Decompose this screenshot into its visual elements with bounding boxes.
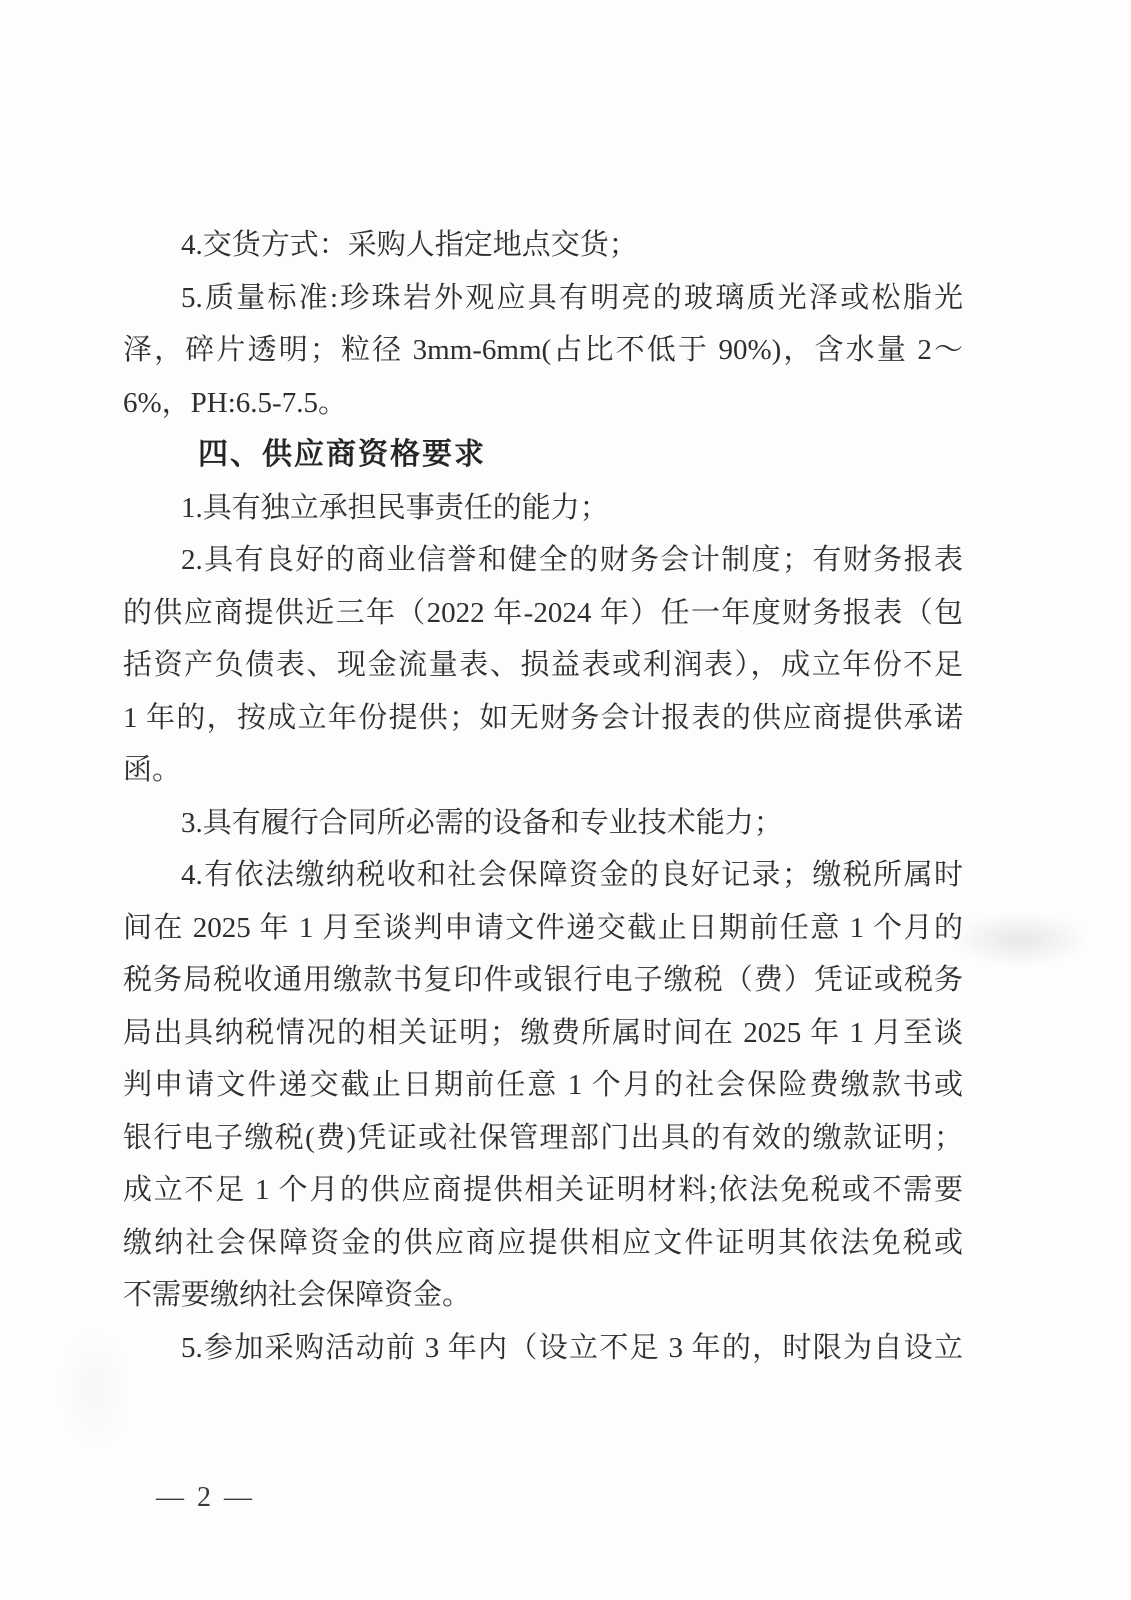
text-line: 括资产负债表、现金流量表、损益表或利润表），成立年份不足 [123, 639, 963, 692]
text-line: 5.参加采购活动前 3 年内（设立不足 3 年的，时限为自设立 [123, 1322, 963, 1375]
scan-smudge-artifact [950, 912, 1090, 967]
text-line: 5.质量标准:珍珠岩外观应具有明亮的玻璃质光泽或松脂光 [123, 272, 963, 325]
document-page: 4.交货方式：采购人指定地点交货； 5.质量标准:珍珠岩外观应具有明亮的玻璃质光… [0, 0, 1131, 1600]
text-line: 局出具纳税情况的相关证明；缴费所属时间在 2025 年 1 月至谈 [123, 1007, 963, 1060]
text-line: 间在 2025 年 1 月至谈判申请文件递交截止日期前任意 1 个月的 [123, 902, 963, 955]
text-line: 判申请文件递交截止日期前任意 1 个月的社会保险费缴款书或 [123, 1059, 963, 1112]
text-line: 的供应商提供近三年（2022 年-2024 年）任一年度财务报表（包 [123, 587, 963, 640]
text-line: 银行电子缴税(费)凭证或社保管理部门出具的有效的缴款证明； [123, 1112, 963, 1165]
text-line: 1.具有独立承担民事责任的能力； [123, 482, 963, 535]
text-line: 6%，PH:6.5-7.5。 [123, 377, 963, 430]
section-heading: 四、供应商资格要求 [123, 429, 963, 482]
text-line: 泽，碎片透明；粒径 3mm-6mm(占比不低于 90%)，含水量 2～ [123, 324, 963, 377]
text-line: 缴纳社会保障资金的供应商应提供相应文件证明其依法免税或 [123, 1217, 963, 1270]
text-line: 1 年的，按成立年份提供；如无财务会计报表的供应商提供承诺 [123, 692, 963, 745]
document-body: 4.交货方式：采购人指定地点交货； 5.质量标准:珍珠岩外观应具有明亮的玻璃质光… [123, 219, 963, 1374]
text-line: 函。 [123, 744, 963, 797]
text-line: 不需要缴纳社会保障资金。 [123, 1269, 963, 1322]
text-line: 4.交货方式：采购人指定地点交货； [123, 219, 963, 272]
text-line: 2.具有良好的商业信誉和健全的财务会计制度；有财务报表 [123, 534, 963, 587]
text-line: 3.具有履行合同所必需的设备和专业技术能力； [123, 797, 963, 850]
text-line: 4.有依法缴纳税收和社会保障资金的良好记录；缴税所属时 [123, 849, 963, 902]
page-number: — 2 — [156, 1482, 255, 1514]
scan-smudge-artifact [60, 1330, 130, 1450]
text-line: 成立不足 1 个月的供应商提供相关证明材料;依法免税或不需要 [123, 1164, 963, 1217]
text-line: 税务局税收通用缴款书复印件或银行电子缴税（费）凭证或税务 [123, 954, 963, 1007]
